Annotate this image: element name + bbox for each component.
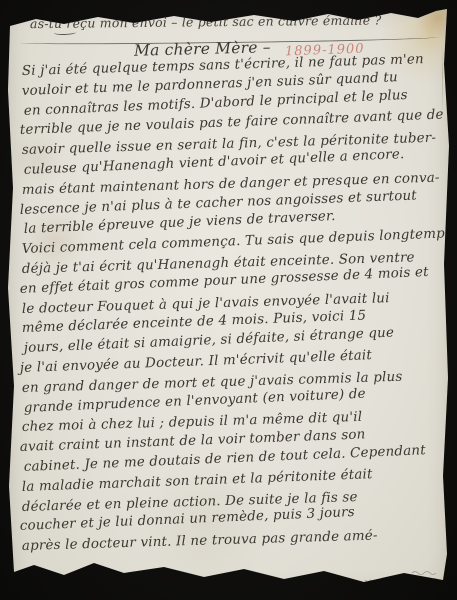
letter-paper: as-tu reçu mon envoi – le petit sac en c… <box>6 6 451 594</box>
recu-underline-stroke <box>54 30 76 36</box>
pencil-inscription-illegible <box>406 569 448 585</box>
photo-stage: as-tu reçu mon envoi – le petit sac en c… <box>0 0 457 600</box>
top-annotation: as-tu reçu mon envoi – le petit sac en c… <box>30 12 440 31</box>
paper-crease <box>442 46 443 116</box>
accession-number: 1950-59-110 <box>364 577 411 587</box>
letter-body: Si j'ai été quelque temps sans t'écrire,… <box>22 62 444 557</box>
